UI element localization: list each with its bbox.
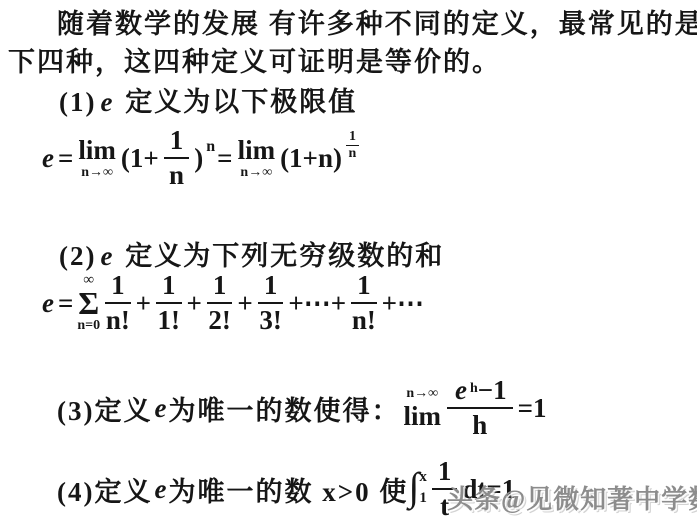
definition-3-line: (3)定义 e 为唯一的数使得： n→∞ lim eh−1 h =1 [57, 368, 549, 448]
fraction-1-over-n-factorial: 1 n! [351, 272, 377, 334]
variable-e: e [152, 393, 168, 424]
limit-operator: lim n→∞ [78, 137, 116, 180]
denominator-h: h [472, 409, 487, 439]
fraction-1-over-n: 1 n [164, 127, 190, 189]
exponent-n: n [205, 138, 215, 156]
one-plus-n-term: (1+n) [278, 143, 344, 174]
definition-3-text: 为唯一的数使得： [168, 389, 400, 428]
fraction-1-over-2-factorial: 1 2! [207, 272, 233, 334]
sigma-symbol: ∞ Σ n=0 [77, 273, 100, 332]
formula2-lhs: e [40, 288, 56, 319]
exponent-h: h [469, 382, 478, 396]
equals-sign: = [56, 288, 75, 319]
sigma-lower-limit: n=0 [77, 319, 100, 333]
plus-dots-tail: +⋯ [380, 288, 426, 319]
exponent-fraction-1-over-n: 1 n [346, 130, 359, 161]
fraction-1-over-3-factorial: 1 3! [258, 272, 284, 334]
definition-1-text: 定义为以下极限值 [116, 87, 357, 117]
integral-limits: x 1 [419, 474, 427, 504]
plus-dots-plus: +⋯+ [286, 288, 348, 319]
variable-e: e [98, 87, 116, 117]
definition-4-prefix: (4)定义 [57, 470, 152, 509]
limit-subscript: n→∞ [81, 166, 113, 180]
definition-4-text: 为唯一的数 x>0 使 [168, 470, 408, 509]
limit-subscript: n→∞ [240, 166, 272, 180]
limit-operator: lim n→∞ [238, 137, 276, 180]
plus-sign: + [235, 288, 254, 319]
limit-operator: n→∞ lim [403, 387, 441, 430]
integral-lower-limit: 1 [419, 491, 427, 506]
formula-limit-definition: e = lim n→∞ (1+ 1 n ) n = lim n→∞ (1+n) … [40, 122, 359, 194]
definition-1-heading: (1)e 定义为以下极限值 [57, 86, 357, 118]
formula-series-definition: e = ∞ Σ n=0 1 n! + 1 1! + 1 2! + 1 3! +⋯… [40, 268, 426, 338]
definition-2-text: 定义为下列无穷级数的和 [116, 241, 444, 271]
plus-sign: + [185, 288, 204, 319]
variable-e: e [152, 474, 168, 505]
paren-open-term: (1+ [119, 143, 161, 174]
minus-one: −1 [478, 375, 507, 405]
paren-close: ) [192, 143, 205, 174]
e-base: e [453, 375, 469, 405]
item-number-2: (2) [57, 241, 98, 271]
intro-line-1: 随着数学的发展 有许多种不同的定义，最常见的是以 [57, 8, 697, 40]
definition-3-prefix: (3)定义 [57, 389, 152, 428]
formula1-lhs: e [40, 143, 56, 174]
fraction-1-over-1-factorial: 1 1! [156, 272, 182, 334]
scanned-math-page: 随着数学的发展 有许多种不同的定义，最常见的是以 下四种，这四种定义可证明是等价… [0, 0, 697, 523]
equals-sign: = [215, 143, 234, 174]
variable-e: e [98, 241, 116, 271]
limit-superscript: n→∞ [406, 387, 438, 401]
intro-line-2: 下四种，这四种定义可证明是等价的。 [8, 46, 501, 78]
fraction-1-over-n-factorial: 1 n! [105, 272, 131, 334]
plus-sign: + [134, 288, 153, 319]
integral-upper-limit: x [419, 470, 427, 485]
integral-symbol: ∫ [408, 467, 419, 507]
watermark-text: 头条@见微知著中学数学 [447, 479, 697, 516]
equals-one: =1 [516, 393, 549, 424]
fraction-eh-minus-1-over-h: eh−1 h [447, 377, 513, 439]
equals-sign: = [56, 143, 75, 174]
item-number-1: (1) [57, 87, 98, 117]
